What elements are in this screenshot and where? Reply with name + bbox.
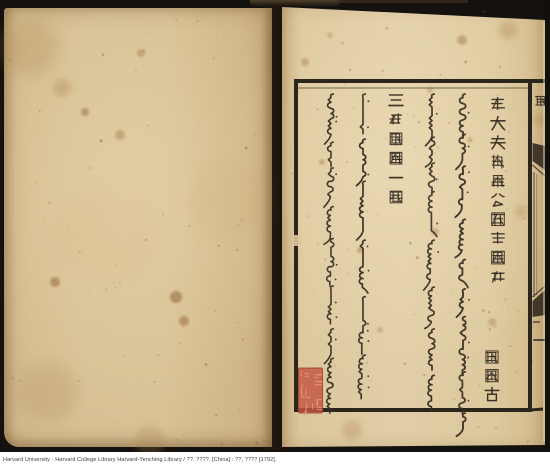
book-edge-smudge: [338, 0, 468, 3]
chinese-text-column: [491, 98, 505, 282]
book-edge-smudge: [250, 0, 340, 6]
caption-text: Harvard University - Harvard College Lib…: [3, 457, 277, 463]
page-gutter-shadow: [262, 4, 288, 450]
red-seal-stamp: [299, 368, 323, 416]
manchu-text-column: [357, 94, 370, 399]
manchu-text-column: [424, 94, 439, 411]
chinese-text-column: [485, 351, 499, 401]
scan-right-edge: [545, 0, 550, 452]
manchu-text-column: [455, 94, 470, 436]
caption-bar: Harvard University - Harvard College Lib…: [0, 452, 550, 468]
chinese-text-column: [389, 95, 403, 203]
book-scan-viewer: 先大夫敬齋公所手輯也 蓋蒙古 三合便覧一書 序 一 Harvard Univer…: [0, 0, 550, 468]
banxin-fold-column: [533, 22, 547, 442]
